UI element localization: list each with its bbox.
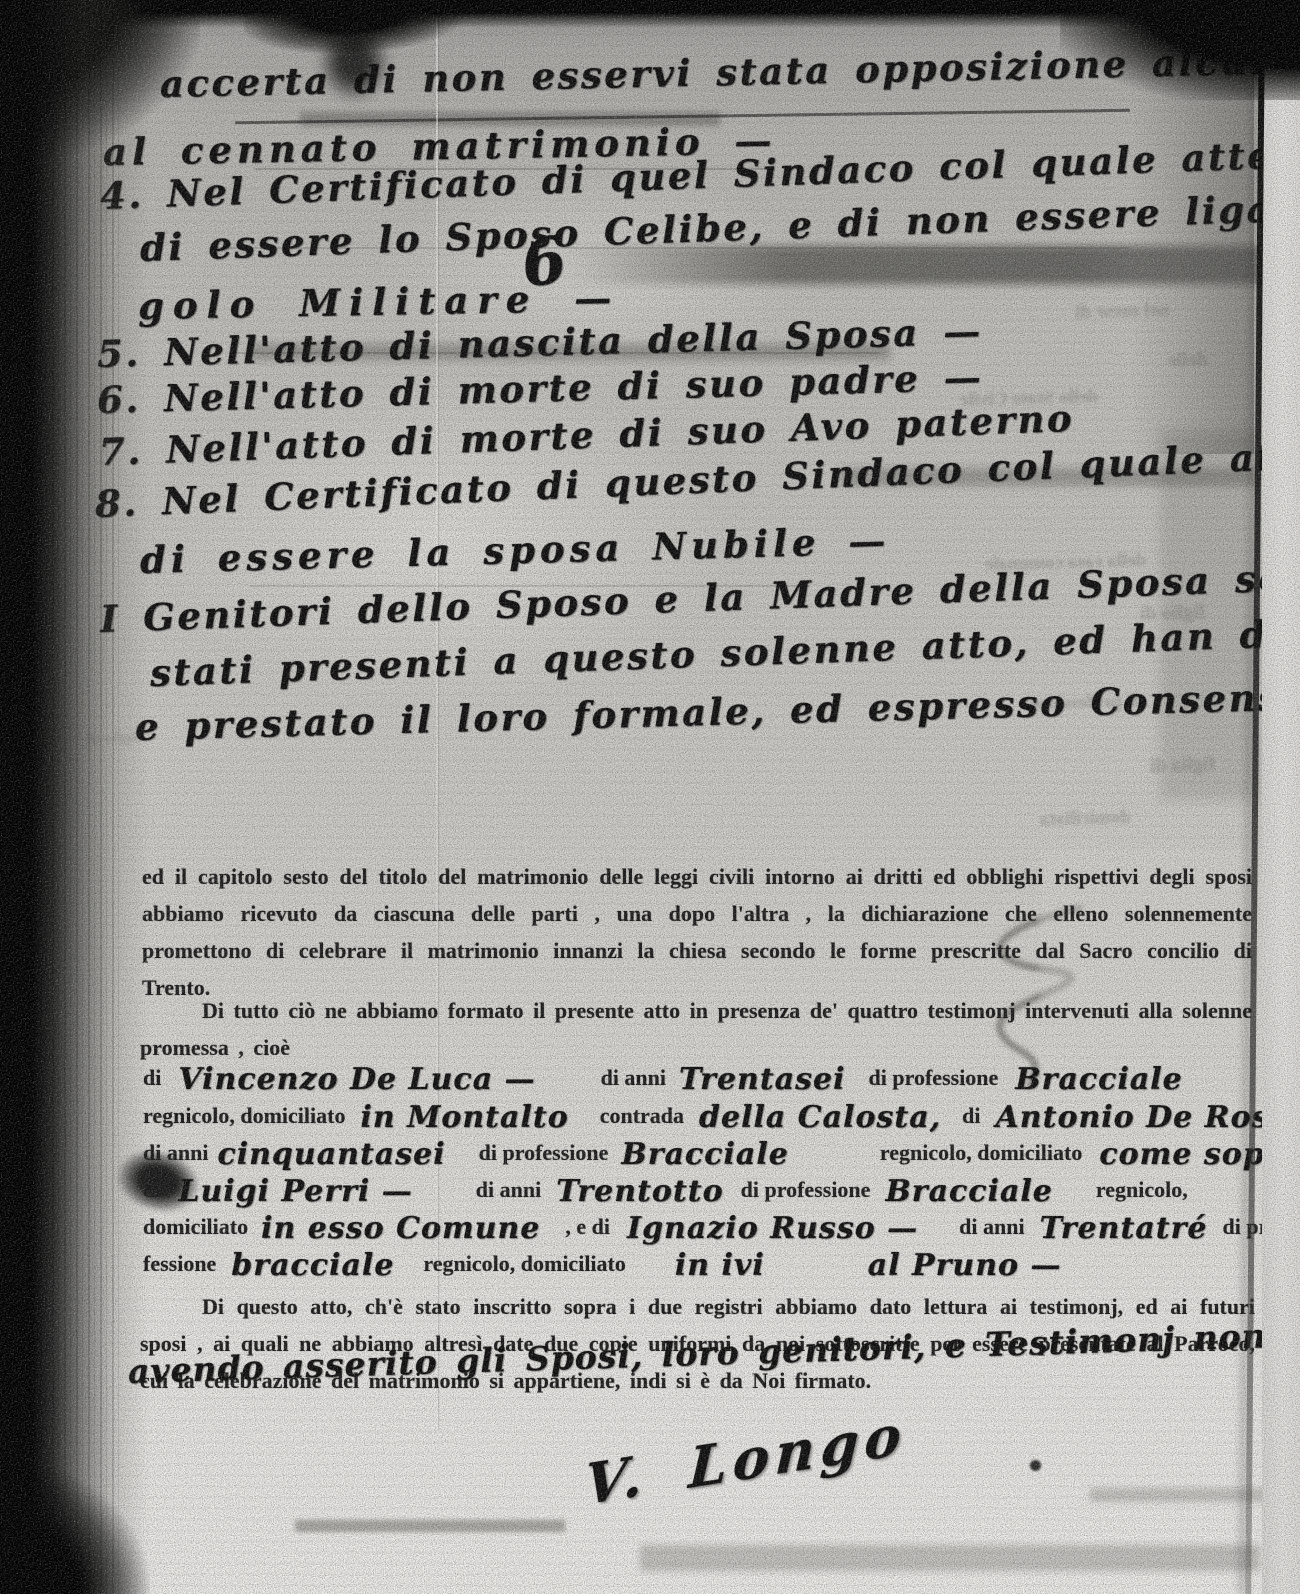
- form-label: di: [143, 1177, 161, 1202]
- form-label: , e di: [565, 1214, 610, 1239]
- form-label: regnicolo, domiciliato: [880, 1140, 1082, 1165]
- form-label: di professione: [869, 1065, 999, 1090]
- form-label: di anni: [143, 1140, 208, 1165]
- witness-age-value: Trentasei: [679, 1062, 846, 1097]
- witness-row: di anni cinquantasei di professione Brac…: [143, 1137, 1300, 1173]
- witness-profession-value: bracciale: [231, 1248, 394, 1283]
- scanned-marriage-record-page: nel mese di delle dello Stato Civile del…: [0, 0, 1300, 1594]
- witness-name-value: Antonio De Rosa: [996, 1100, 1290, 1135]
- witness-domicile-value: in ivi: [675, 1248, 765, 1283]
- form-label: domiciliato: [143, 1214, 248, 1239]
- form-label: regnicolo, domiciliato: [423, 1251, 625, 1276]
- witness-name-value: Vincenzo De Luca —: [178, 1062, 535, 1097]
- form-label: di professione: [741, 1177, 871, 1202]
- form-label: di: [143, 1065, 161, 1090]
- form-label: regnicolo, domiciliato: [143, 1103, 345, 1128]
- witness-domicile-value: come sopra: [1099, 1137, 1300, 1172]
- form-label: fessione: [143, 1251, 216, 1276]
- form-label: contrada: [600, 1103, 684, 1128]
- witness-name-value: Ignazio Russo —: [627, 1211, 918, 1246]
- form-label: di professione: [479, 1140, 609, 1165]
- printed-paragraph-civil-code: ed il capitolo sesto del titolo del matr…: [142, 858, 1252, 1006]
- bleed-through-text: figlia di: [86, 727, 142, 748]
- faded-writing-trace: [640, 1545, 1260, 1571]
- form-label: di: [962, 1103, 980, 1128]
- witness-row: di Luigi Perri — di anni Trentotto di pr…: [143, 1174, 1188, 1210]
- form-label: di pro-: [1223, 1214, 1287, 1239]
- witness-street-value: della Calosta,: [699, 1100, 941, 1135]
- bleed-through-text: nel mese di: [1075, 299, 1170, 324]
- ink-smear: [560, 246, 1300, 284]
- witness-place-value: al Pruno —: [868, 1248, 1062, 1283]
- witness-domicile-value: in esso Comune: [261, 1211, 540, 1246]
- witness-row: di Vincenzo De Luca — di anni Trentasei …: [143, 1062, 1183, 1098]
- printed-paragraph-act-formation: Di tutto ciò ne abbiamo formato il prese…: [140, 992, 1252, 1066]
- witness-age-value: Trentatré: [1040, 1211, 1208, 1246]
- faded-writing-trace: [1090, 1488, 1270, 1502]
- witness-row: regnicolo, domiciliato in Montalto contr…: [143, 1100, 1290, 1136]
- witness-age-value: cinquantasei: [217, 1137, 445, 1172]
- witness-domicile-value: in Montalto: [360, 1100, 568, 1135]
- witness-profession-value: Bracciale: [1015, 1062, 1182, 1097]
- witness-age-value: Trentotto: [556, 1174, 723, 1209]
- form-label: di anni: [959, 1214, 1024, 1239]
- faded-print-trace: [295, 1520, 565, 1532]
- form-label: regnicolo,: [1096, 1177, 1188, 1202]
- form-label: di anni: [601, 1065, 666, 1090]
- witness-profession-value: Bracciale: [621, 1137, 788, 1172]
- witness-name-value: Luigi Perri —: [178, 1174, 412, 1209]
- form-label: di anni: [476, 1177, 541, 1202]
- witness-row: domiciliato in esso Comune , e di Ignazi…: [143, 1211, 1286, 1247]
- witness-profession-value: Bracciale: [885, 1174, 1052, 1209]
- witness-row: fessione bracciale regnicolo, domiciliat…: [143, 1248, 1062, 1284]
- bleed-through-text: delle: [1168, 348, 1209, 372]
- bleed-through-text: domiciliata: [1040, 807, 1131, 831]
